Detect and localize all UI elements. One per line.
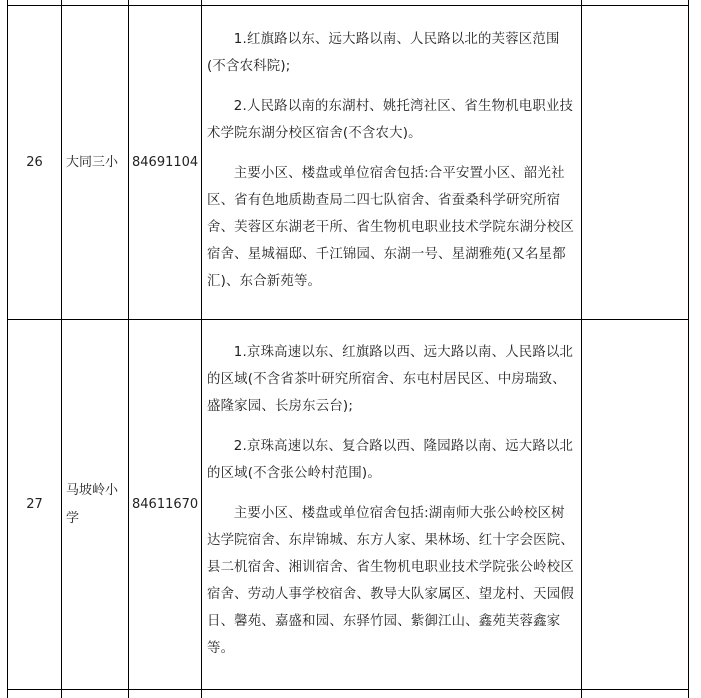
area-paragraph: 2.人民路以南的东湖村、姚托湾社区、省生物机电职业技术学院东湖分校区宿舍(不含农… — [207, 93, 577, 147]
school-name: 马坡岭小学 — [62, 320, 126, 689]
row-divider — [7, 689, 689, 690]
row-index: 26 — [8, 6, 61, 319]
area-paragraph: 1.红旗路以东、远大路以南、人民路以北的芙蓉区范围(不含农科院); — [207, 26, 577, 80]
row-index-text: 27 — [26, 497, 43, 512]
enrollment-area: 1.京珠高速以东、红旗路以西、远大路以南、人民路以北的区域(不含省茶叶研究所宿舍… — [207, 339, 577, 662]
enrollment-area: 1.红旗路以东、远大路以南、人民路以北的芙蓉区范围(不含农科院); 2.人民路以… — [207, 26, 577, 295]
row-index: 27 — [8, 320, 61, 689]
row-index-text: 26 — [26, 155, 43, 170]
phone-number-text: 84611670 — [132, 497, 198, 512]
phone-number-text: 84691104 — [132, 155, 198, 170]
phone-number: 84611670 — [129, 320, 201, 689]
area-paragraph: 1.京珠高速以东、红旗路以西、远大路以南、人民路以北的区域(不含省茶叶研究所宿舍… — [207, 339, 577, 420]
area-paragraph: 2.京珠高速以东、复合路以西、隆园路以南、远大路以北的区域(不含张公岭村范围)。 — [207, 433, 577, 487]
area-paragraph: 主要小区、楼盘或单位宿舍包括:湖南师大张公岭校区树达学院宿舍、东岸锦城、东方人家… — [207, 500, 577, 662]
note-cell — [582, 6, 688, 319]
area-paragraph: 主要小区、楼盘或单位宿舍包括:合平安置小区、韶光社区、省有色地质勘查局二四七队宿… — [207, 160, 577, 295]
school-name-text: 大同三小 — [66, 149, 118, 177]
note-cell — [582, 320, 688, 689]
table-border-right — [688, 0, 689, 698]
phone-number: 84691104 — [129, 6, 201, 319]
school-name-text: 马坡岭小学 — [66, 477, 126, 533]
column-divider — [201, 0, 202, 698]
school-name: 大同三小 — [62, 6, 128, 319]
